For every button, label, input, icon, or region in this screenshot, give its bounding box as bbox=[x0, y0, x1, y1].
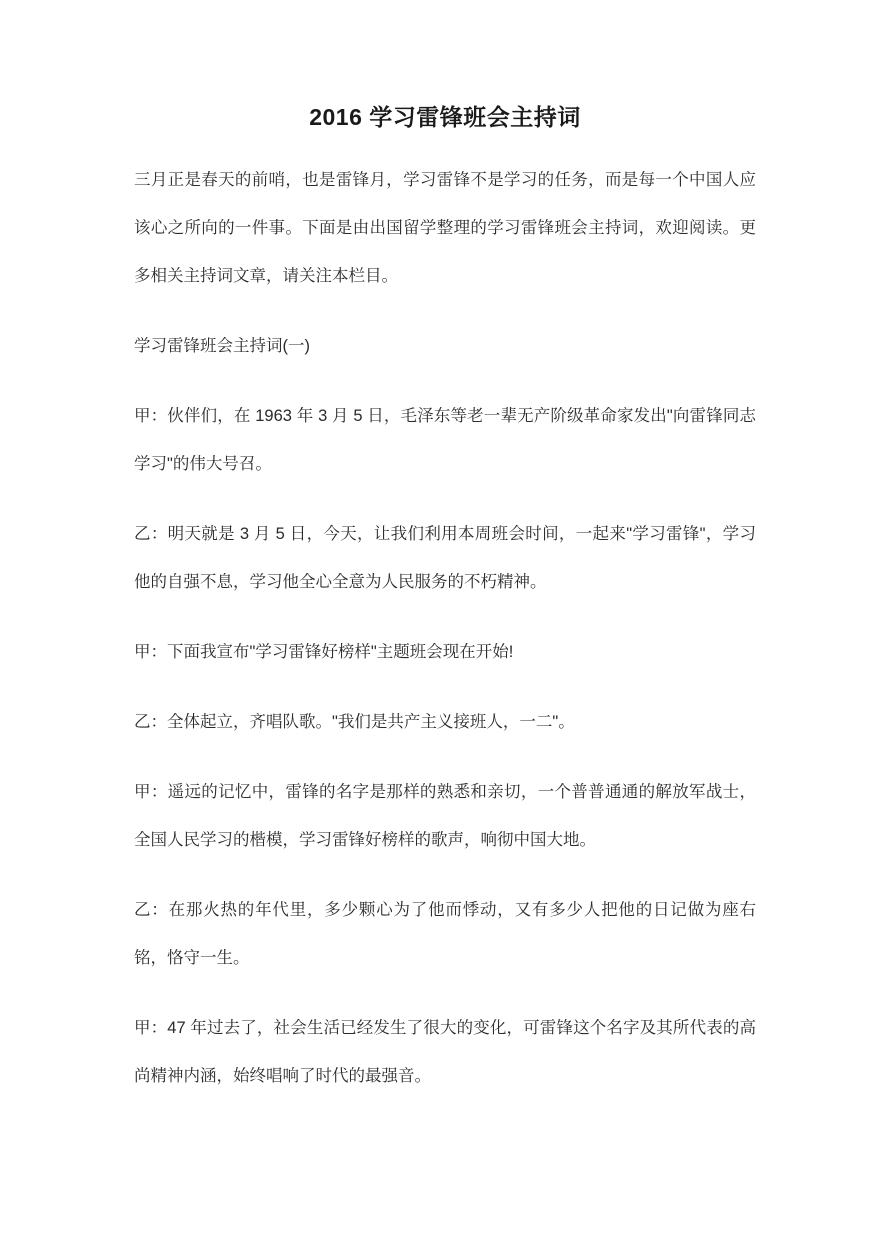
dialogue-yi-2: 乙：全体起立，齐唱队歌。"我们是共产主义接班人，一二"。 bbox=[134, 698, 756, 746]
section-heading: 学习雷锋班会主持词(一) bbox=[134, 322, 756, 370]
document-page: 2016 学习雷锋班会主持词 三月正是春天的前哨，也是雷锋月，学习雷锋不是学习的… bbox=[0, 0, 884, 1250]
dialogue-jia-1: 甲：伙伴们，在 1963 年 3 月 5 日，毛泽东等老一辈无产阶级革命家发出"… bbox=[134, 392, 756, 488]
dialogue-jia-2: 甲：下面我宣布"学习雷锋好榜样"主题班会现在开始! bbox=[134, 628, 756, 676]
document-title: 2016 学习雷锋班会主持词 bbox=[134, 100, 756, 134]
dialogue-jia-4: 甲：47 年过去了，社会生活已经发生了很大的变化，可雷锋这个名字及其所代表的高尚… bbox=[134, 1004, 756, 1100]
dialogue-jia-3: 甲：遥远的记忆中，雷锋的名字是那样的熟悉和亲切，一个普普通通的解放军战士，全国人… bbox=[134, 768, 756, 864]
dialogue-yi-1: 乙：明天就是 3 月 5 日，今天，让我们利用本周班会时间，一起来"学习雷锋"，… bbox=[134, 510, 756, 606]
dialogue-yi-3: 乙：在那火热的年代里，多少颗心为了他而悸动，又有多少人把他的日记做为座右铭，恪守… bbox=[134, 886, 756, 982]
intro-paragraph: 三月正是春天的前哨，也是雷锋月，学习雷锋不是学习的任务，而是每一个中国人应该心之… bbox=[134, 156, 756, 300]
